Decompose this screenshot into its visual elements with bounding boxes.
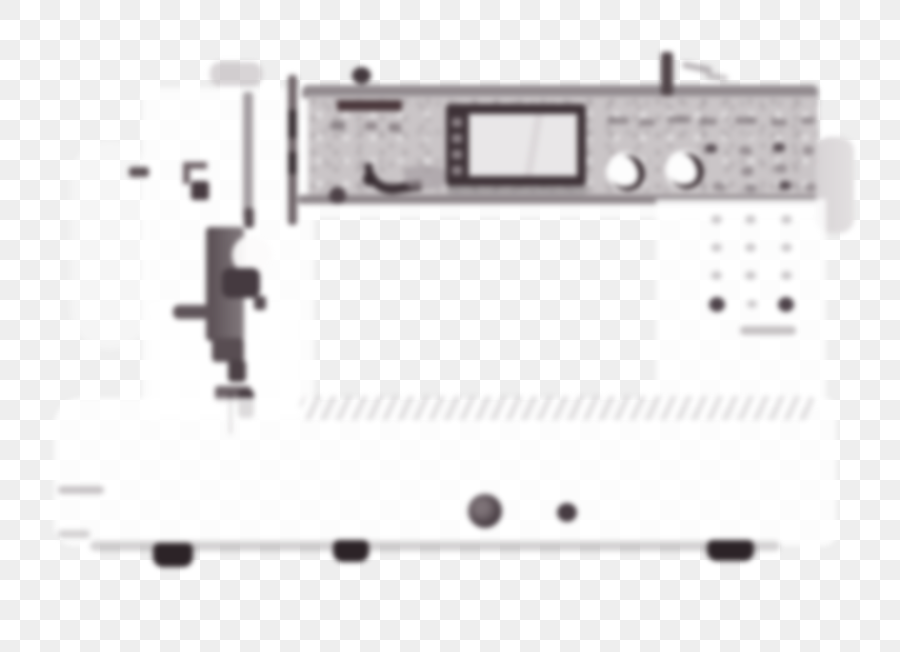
stitch-dot	[745, 271, 756, 280]
stitch-lever-grey-blob	[404, 166, 446, 188]
lcd-side-button	[452, 166, 462, 175]
stitch-dot	[747, 300, 757, 308]
panel-button	[779, 181, 791, 190]
needle-bar-rod-segment	[288, 152, 297, 174]
panel-button	[741, 167, 753, 176]
panel-button	[773, 143, 785, 152]
selector-knob-left	[606, 152, 646, 192]
stitch-dot	[781, 243, 792, 252]
stitch-lever-knot	[363, 172, 377, 186]
stitch-dot	[711, 271, 722, 280]
panel-label	[735, 117, 757, 124]
panel-button	[713, 182, 725, 191]
presser-linkage-upper	[212, 338, 244, 362]
stitch-dot	[711, 215, 722, 224]
stitch-dot	[745, 215, 756, 224]
panel-button	[775, 164, 787, 173]
panel-label	[771, 119, 787, 126]
rubber-foot	[707, 540, 754, 561]
presser-linkage-lower	[228, 360, 246, 382]
take-up-lever-slot	[129, 167, 149, 177]
panel-button	[705, 144, 717, 153]
sewing-machine-photo	[0, 0, 900, 652]
panel-button	[739, 146, 751, 155]
stitch-dot	[781, 215, 792, 224]
transparency-checkerboard-background	[0, 0, 900, 652]
lcd-side-button	[452, 134, 462, 143]
brand-logo-bar	[337, 100, 402, 111]
tension-marking-blob	[191, 181, 209, 200]
base-shadow	[90, 541, 780, 551]
panel-label	[607, 117, 629, 124]
panel-label	[639, 119, 655, 126]
bed-seam-dash	[58, 486, 104, 494]
stitch-dot	[781, 271, 792, 280]
tension-marking	[183, 162, 211, 202]
thread-guide-haze	[210, 62, 262, 86]
logo-sub-mark	[389, 123, 401, 132]
spool-pin	[661, 52, 673, 96]
bobbin-button-small	[557, 503, 577, 522]
stitch-dot-dark	[778, 297, 794, 312]
stitch-dash	[740, 326, 796, 335]
panel-label	[667, 116, 691, 123]
needle-clamp-dark	[222, 268, 260, 298]
spool-mark	[706, 72, 729, 81]
panel-button	[745, 184, 757, 193]
stitch-dot	[745, 243, 756, 252]
stitch-dot	[711, 243, 722, 252]
panel-button	[803, 146, 814, 155]
bed-seam-dash	[58, 530, 90, 538]
right-body	[656, 199, 826, 409]
needle-clamp-side	[254, 296, 266, 310]
panel-button	[805, 183, 816, 192]
needle-bar-rod	[288, 75, 297, 225]
panel-corner-dot	[329, 187, 346, 204]
flat-bed	[54, 398, 836, 546]
presser-bar-rod-tip	[244, 208, 254, 228]
rubber-foot	[153, 543, 193, 567]
thread-cutter-arm	[173, 305, 211, 319]
stitch-dot-dark	[709, 297, 725, 312]
logo-sub-mark	[331, 121, 345, 130]
bobbin-button-large	[468, 494, 502, 528]
tension-marking-bar	[183, 162, 190, 184]
presser-bar-rod	[243, 92, 253, 220]
panel-label	[699, 118, 717, 125]
lcd-screen	[469, 114, 577, 176]
panel-label	[801, 117, 815, 124]
thread-guide-knob	[352, 67, 371, 84]
lcd-side-button	[452, 150, 462, 159]
logo-sub-mark	[365, 122, 377, 130]
bed-wavy-texture	[300, 396, 816, 420]
rubber-foot	[333, 540, 369, 562]
lcd-side-button	[452, 118, 462, 127]
lcd-frame-shadow	[447, 186, 587, 194]
needle-bar-rod-segment	[288, 110, 297, 138]
selector-knob-right	[665, 150, 705, 190]
